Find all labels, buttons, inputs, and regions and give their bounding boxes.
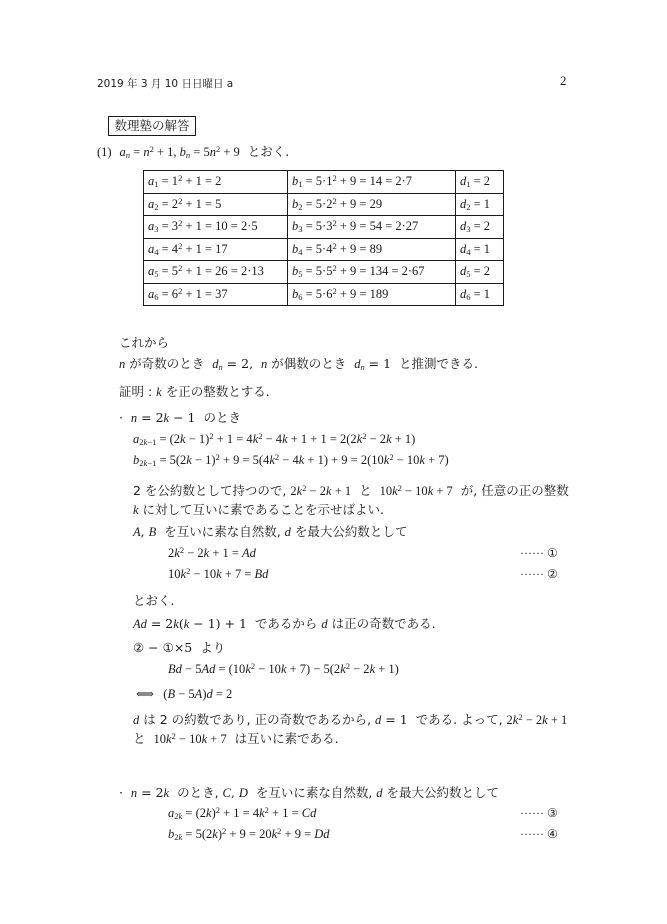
paragraph-common-divisor-1: 2 を公約数として持つので, 2k2 − 2k + 1 と 10k2 − 10k… (133, 481, 569, 499)
equation-a-odd: a2k−1 = (2k − 1)2 + 1 = 4k2 − 4k + 1 + 1… (133, 432, 415, 447)
a-cell: a3 = 32 + 1 = 10 = 2·5 (144, 216, 288, 239)
table-row: a1 = 12 + 1 = 2 b1 = 5·12 + 9 = 14 = 2·7… (144, 171, 504, 194)
equation-4: b2k = 5(2k)2 + 9 = 20k2 + 9 = Dd (168, 827, 330, 842)
a-cell: a4 = 42 + 1 = 17 (144, 238, 288, 261)
d-cell: d1 = 2 (456, 171, 504, 194)
b-cell: b3 = 5·32 + 9 = 54 = 2·27 (288, 216, 456, 239)
d-cell: d2 = 1 (456, 193, 504, 216)
paragraph-conjecture: n が奇数のとき dn = 2, n が偶数のとき dn = 1 と推測できる. (119, 354, 478, 372)
paragraph-ab-setup: A, B を互いに素な自然数, d を最大公約数として (133, 522, 407, 540)
d-cell: d6 = 1 (456, 283, 504, 306)
problem-definition: (1) an = n2 + 1, bn = 5n2 + 9 とおく. (97, 142, 289, 160)
paragraph-common-divisor-2: k に対して互いに素であることを示せばよい. (133, 500, 384, 518)
a-cell: a1 = 12 + 1 = 2 (144, 171, 288, 194)
b-cell: b2 = 5·22 + 9 = 29 (288, 193, 456, 216)
table-row: a3 = 32 + 1 = 10 = 2·5 b3 = 5·32 + 9 = 5… (144, 216, 504, 239)
equation-tag-3: ······ ③ (520, 806, 558, 821)
table-row: a4 = 42 + 1 = 17 b4 = 5·42 + 9 = 89 d4 =… (144, 238, 504, 261)
values-table: a1 = 12 + 1 = 2 b1 = 5·12 + 9 = 14 = 2·7… (143, 170, 504, 306)
b-cell: b5 = 5·52 + 9 = 134 = 2·67 (288, 261, 456, 284)
d-cell: d5 = 2 (456, 261, 504, 284)
case-even-heading: · n = 2k のとき, C, D を互いに素な自然数, d を最大公約数とし… (119, 783, 499, 801)
table-row: a2 = 22 + 1 = 5 b2 = 5·22 + 9 = 29 d2 = … (144, 193, 504, 216)
equation-1: 2k2 − 2k + 1 = Ad (168, 546, 256, 561)
section-title: 数理塾の解答 (108, 116, 196, 136)
d-cell: d3 = 2 (456, 216, 504, 239)
equation-b-odd: b2k−1 = 5(2k − 1)2 + 9 = 5(4k2 − 4k + 1)… (133, 453, 449, 468)
d-cell: d4 = 1 (456, 238, 504, 261)
page-header-date: 2019 年 3 月 10 日日曜日 a (97, 76, 233, 91)
paragraph-conclusion-2: と 10k2 − 10k + 7 は互いに素である. (133, 729, 339, 747)
b-cell: b6 = 5·62 + 9 = 189 (288, 283, 456, 306)
a-cell: a2 = 22 + 1 = 5 (144, 193, 288, 216)
paragraph-tooku: とおく. (133, 591, 174, 609)
equation-subtract: Bd − 5Ad = (10k2 − 10k + 7) − 5(2k2 − 2k… (168, 662, 399, 677)
page-number: 2 (560, 73, 567, 89)
definition-suffix: とおく. (248, 144, 289, 159)
equation-tag-1: ······ ① (520, 546, 558, 561)
case-odd-heading: · n = 2k − 1 のとき (119, 408, 241, 426)
paragraph-korekara: これから (119, 333, 169, 351)
equation-equivalent: ⟺ (B − 5A)d = 2 (136, 686, 232, 702)
b-cell: b4 = 5·42 + 9 = 89 (288, 238, 456, 261)
equation-tag-2: ······ ② (520, 567, 558, 582)
problem-number: (1) (97, 145, 112, 159)
equation-2: 10k2 − 10k + 7 = Bd (168, 567, 268, 582)
paragraph-subtract: ② − ①×5 より (133, 638, 225, 656)
paragraph-conclusion-1: d は 2 の約数であり, 正の奇数であるから, d = 1 である. よって,… (133, 710, 567, 728)
paragraph-proof-intro: 証明 : k を正の整数とする. (119, 382, 270, 400)
b-cell: b1 = 5·12 + 9 = 14 = 2·7 (288, 171, 456, 194)
equation-tag-4: ······ ④ (520, 827, 558, 842)
a-cell: a6 = 62 + 1 = 37 (144, 283, 288, 306)
equation-3: a2k = (2k)2 + 1 = 4k2 + 1 = Cd (168, 806, 316, 821)
a-cell: a5 = 52 + 1 = 26 = 2·13 (144, 261, 288, 284)
paragraph-ad-odd: Ad = 2k(k − 1) + 1 であるから d は正の奇数である. (133, 614, 436, 632)
table-row: a6 = 62 + 1 = 37 b6 = 5·62 + 9 = 189 d6 … (144, 283, 504, 306)
table-row: a5 = 52 + 1 = 26 = 2·13 b5 = 5·52 + 9 = … (144, 261, 504, 284)
